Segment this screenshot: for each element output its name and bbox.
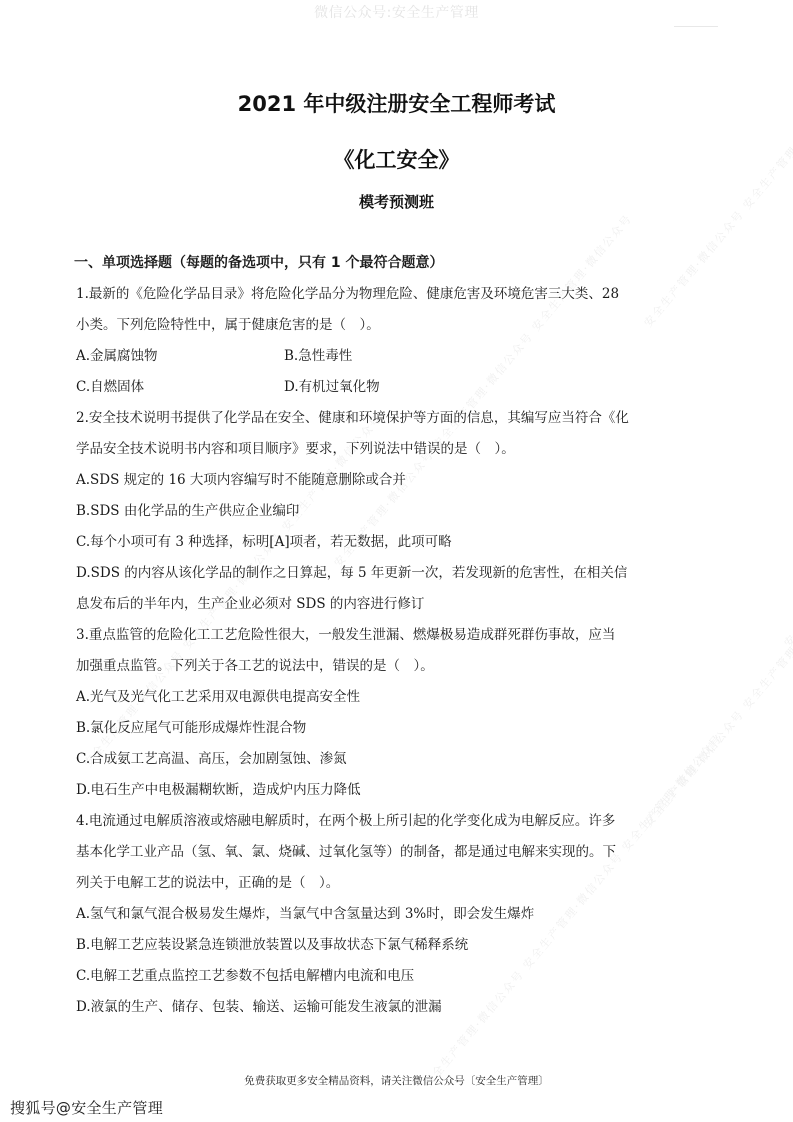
option-c: C.每个小项可有 3 种选择，标明[A]项者，若无数据，此项可略 xyxy=(76,527,726,558)
subject-title: 《化工安全》 xyxy=(0,144,793,174)
option-a: A.SDS 规定的 16 大项内容编写时不能随意删除或合并 xyxy=(76,465,726,496)
option-b: B.急性毒性 xyxy=(284,341,492,372)
question-stem-line: 3.重点监管的危险化工工艺危险性很大，一般发生泄漏、燃爆极易造成群死群伤事故，应… xyxy=(76,620,726,651)
option-d-continued: 息发布后的半年内，生产企业必须对 SDS 的内容进行修订 xyxy=(76,589,726,620)
option-a: A.光气及光气化工艺采用双电源供电提高安全性 xyxy=(76,682,726,713)
option-row: A.金属腐蚀物 B.急性毒性 xyxy=(76,341,726,372)
question-stem-line: 列关于电解工艺的说法中，正确的是（ ）。 xyxy=(76,868,726,899)
option-b: B.电解工艺应装设紧急连锁泄放装置以及事故状态下氯气稀释系统 xyxy=(76,930,726,961)
question-2: 2.安全技术说明书提供了化学品在安全、健康和环境保护等方面的信息，其编写应当符合… xyxy=(76,403,726,620)
option-d: D.电石生产中电极漏糊软断，造成炉内压力降低 xyxy=(76,775,726,806)
question-1: 1.最新的《危险化学品目录》将危险化学品分为物理危险、健康危害及环境危害三大类、… xyxy=(76,279,726,403)
top-watermark-text: 微信公众号:安全生产管理 xyxy=(0,2,793,22)
question-stem-line: 小类。下列危险特性中，属于健康危害的是（ ）。 xyxy=(76,310,726,341)
option-c: C.电解工艺重点监控工艺参数不包括电解槽内电流和电压 xyxy=(76,961,726,992)
question-stem-line: 4.电流通过电解质溶液或熔融电解质时，在两个极上所引起的化学变化成为电解反应。许… xyxy=(76,806,726,837)
exam-title: 2021 年中级注册安全工程师考试 xyxy=(0,88,793,118)
option-a: A.金属腐蚀物 xyxy=(76,341,284,372)
question-stem-line: 加强重点监管。下列关于各工艺的说法中，错误的是（ ）。 xyxy=(76,651,726,682)
option-b: B.SDS 由化学品的生产供应企业编印 xyxy=(76,496,726,527)
source-watermark: 搜狐号@安全生产管理 xyxy=(10,1097,163,1118)
question-3: 3.重点监管的危险化工工艺危险性很大，一般发生泄漏、燃爆极易造成群死群伤事故，应… xyxy=(76,620,726,806)
option-row: C.自燃固体 D.有机过氧化物 xyxy=(76,372,726,403)
question-4: 4.电流通过电解质溶液或熔融电解质时，在两个极上所引起的化学变化成为电解反应。许… xyxy=(76,806,726,1023)
class-name: 模考预测班 xyxy=(0,191,793,212)
question-stem-line: 1.最新的《危险化学品目录》将危险化学品分为物理危险、健康危害及环境危害三大类、… xyxy=(76,279,726,310)
footer-note: 免费获取更多安全精品资料，请关注微信公众号〔安全生产管理〕 xyxy=(0,1073,793,1088)
header-rule xyxy=(674,26,718,27)
diagonal-watermark-text: 安全生产管理·微信公众号 安全生产管理·微信公众号 安全生产管理·微信公众号 xyxy=(780,290,793,650)
option-d: D.SDS 的内容从该化学品的制作之日算起，每 5 年更新一次，若发现新的危害性… xyxy=(76,558,726,589)
option-a: A.氢气和氯气混合极易发生爆炸，当氯气中含氢量达到 3%时，即会发生爆炸 xyxy=(76,899,726,930)
question-stem-line: 2.安全技术说明书提供了化学品在安全、健康和环境保护等方面的信息，其编写应当符合… xyxy=(76,403,726,434)
option-c: C.自燃固体 xyxy=(76,372,284,403)
question-content: 一、单项选择题（每题的备选项中，只有 1 个最符合题意） 1.最新的《危险化学品… xyxy=(76,248,726,1023)
question-stem-line: 学品安全技术说明书内容和项目顺序》要求，下列说法中错误的是（ ）。 xyxy=(76,434,726,465)
option-c: C.合成氨工艺高温、高压，会加剧氢蚀、渗氮 xyxy=(76,744,726,775)
section-heading: 一、单项选择题（每题的备选项中，只有 1 个最符合题意） xyxy=(74,248,726,279)
option-b: B.氯化反应尾气可能形成爆炸性混合物 xyxy=(76,713,726,744)
question-stem-line: 基本化学工业产品（氢、氧、氯、烧碱、过氧化氢等）的制备，都是通过电解来实现的。下 xyxy=(76,837,726,868)
option-d: D.液氯的生产、储存、包装、输送、运输可能发生液氯的泄漏 xyxy=(76,992,726,1023)
option-d: D.有机过氧化物 xyxy=(284,372,492,403)
